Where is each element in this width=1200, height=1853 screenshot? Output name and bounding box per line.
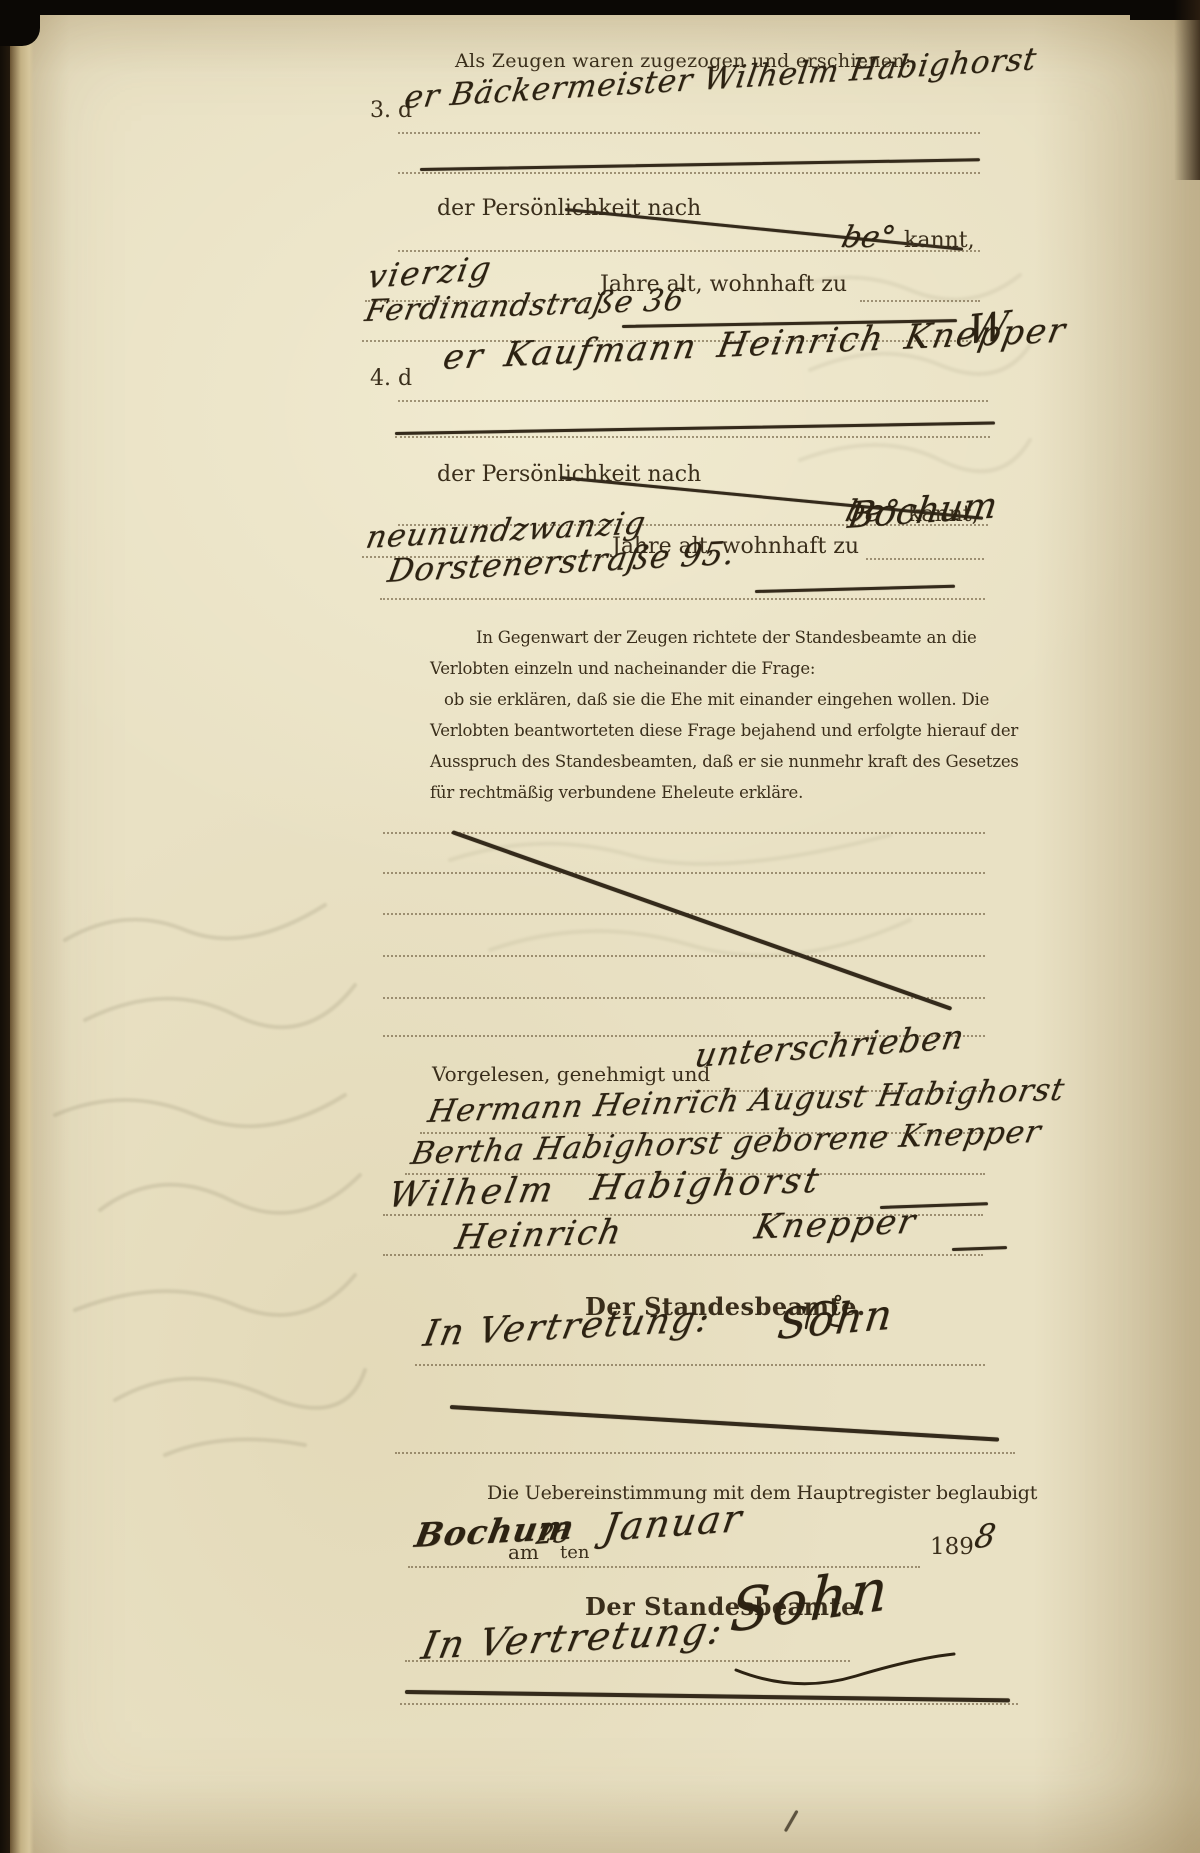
ten-label: ten — [560, 1542, 589, 1563]
dotted-line — [395, 1452, 1015, 1454]
known-suffix-3: kannt, — [904, 228, 975, 253]
dotted-line — [398, 172, 980, 174]
dotted-line — [383, 872, 985, 874]
dotted-line — [383, 1254, 983, 1256]
certification-statement: Die Uebereinstimmung mit dem Hauptregist… — [487, 1482, 1037, 1504]
year-prefix: 189 — [930, 1534, 974, 1560]
scanned-marriage-register-page: Als Zeugen waren zugezogen und erschiene… — [0, 0, 1200, 1853]
witness-4-index: 4. d — [370, 366, 412, 391]
declaration-line: für rechtmäßig verbundene Eheleute erklä… — [430, 777, 1019, 808]
dotted-line — [866, 558, 984, 560]
declaration-line: In Gegenwart der Zeugen richtete der Sta… — [430, 622, 1019, 653]
bleedthrough-ghost — [45, 880, 385, 1480]
declaration-paragraph: In Gegenwart der Zeugen richtete der Sta… — [430, 622, 1019, 808]
dotted-line — [383, 997, 985, 999]
dotted-line — [398, 132, 980, 134]
dotted-line — [415, 1364, 985, 1366]
book-binding-edge — [0, 0, 10, 1853]
read-approved-label: Vorgelesen, genehmigt und — [432, 1062, 710, 1086]
dotted-line — [405, 1660, 850, 1662]
signature-flourish — [730, 1640, 960, 1690]
dotted-line — [395, 436, 990, 438]
dotted-line — [398, 400, 988, 402]
identity-label-4: der Persönlichkeit nach — [437, 462, 701, 487]
known-handwritten-3: be° — [838, 220, 899, 255]
dotted-line — [860, 300, 980, 302]
scan-top-bar — [0, 0, 1200, 15]
page-stack-edge — [10, 0, 34, 1853]
scan-corner-top-left — [0, 0, 40, 46]
dotted-line — [380, 598, 985, 600]
declaration-line: ob sie erklären, daß sie die Ehe mit ein… — [430, 684, 1019, 715]
dotted-line — [383, 832, 985, 834]
scan-edge-top-right — [1174, 0, 1200, 180]
declaration-line: Verlobten beantworteten diese Frage beja… — [430, 715, 1019, 746]
dotted-line — [400, 1703, 1018, 1705]
dotted-line — [383, 955, 985, 957]
bleedthrough-ghost — [430, 810, 930, 1050]
declaration-line: Verlobten einzeln und nacheinander die F… — [430, 653, 1019, 684]
declaration-line: Ausspruch des Standesbeamten, daß er sie… — [430, 746, 1019, 777]
